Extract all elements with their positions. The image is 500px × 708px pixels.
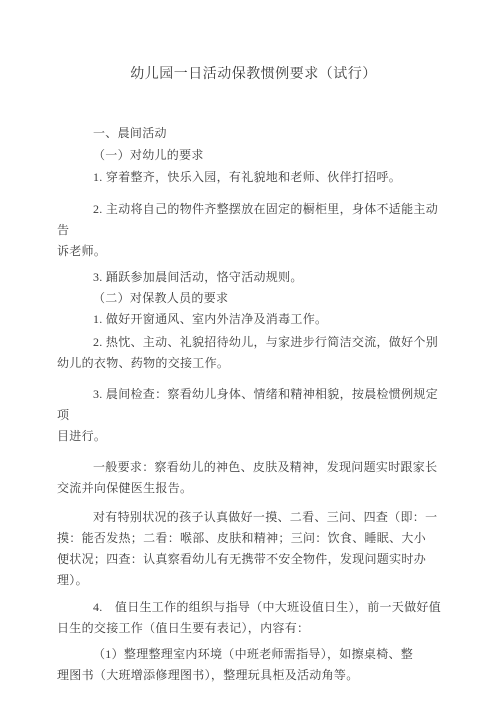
paragraph: 4. 值日生工作的组织与指导（中大班设值日生），前一天做好值 日生的交接工作（值… bbox=[57, 597, 450, 639]
paragraph: 1. 做好开窗通风、室内外洁净及消毒工作。 bbox=[57, 309, 450, 330]
paragraph: 2. 主动将自己的物件齐整摆放在固定的橱柜里，身体不适能主动告 诉老师。 bbox=[57, 199, 450, 262]
paragraph: 1. 穿着整齐，快乐入园，有礼貌地和老师、伙伴打招呼。 bbox=[57, 167, 450, 188]
paragraph: 对有特别状况的孩子认真做好一摸、二看、三问、四查（即：一 摸：能否发热；二看：喉… bbox=[57, 507, 450, 591]
paragraph: 2. 热忱、主动、礼貌招待幼儿，与家进步行简洁交流，做好个别 幼儿的衣物、药物的… bbox=[57, 332, 450, 374]
paragraph: 一般要求：察看幼儿的神色、皮肤及精神，发现问题实时跟家长 交流并向保健医生报告。 bbox=[57, 457, 450, 499]
paragraph: （1）整理整理室内环境（中班老师需指导），如擦桌椅、整 理图书（大班增添修理图书… bbox=[57, 644, 450, 686]
paragraph: 一、晨间活动 bbox=[57, 123, 450, 144]
paragraph: 3. 晨间检查：察看幼儿身体、情绪和精神相貌，按晨检惯例规定项 目进行。 bbox=[57, 384, 450, 447]
document-page: 幼儿园一日活动保教惯例要求（试行） 一、晨间活动（一）对幼儿的要求1. 穿着整齐… bbox=[0, 0, 500, 708]
document-title: 幼儿园一日活动保教惯例要求（试行） bbox=[57, 64, 450, 85]
paragraph: （二）对保教人员的要求 bbox=[57, 288, 450, 309]
paragraph: 3. 踊跃参加晨间活动，恪守活动规则。 bbox=[57, 267, 450, 288]
document-body: 一、晨间活动（一）对幼儿的要求1. 穿着整齐，快乐入园，有礼貌地和老师、伙伴打招… bbox=[57, 123, 450, 686]
paragraph: （一）对幼儿的要求 bbox=[57, 145, 450, 166]
